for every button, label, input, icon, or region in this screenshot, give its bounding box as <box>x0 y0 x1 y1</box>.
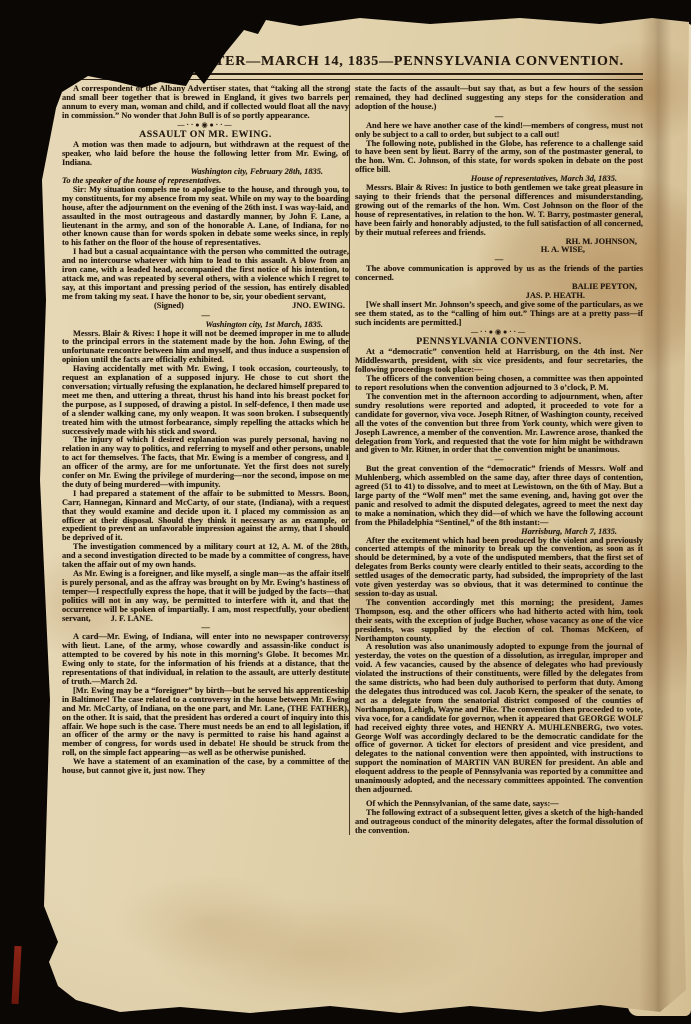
body-paragraph: The above communication is approved by u… <box>355 265 643 283</box>
body-paragraph: The following note, published in the Glo… <box>355 140 643 176</box>
divider-rule: — <box>62 624 349 632</box>
body-paragraph: The following extract of a subsequent le… <box>355 809 643 836</box>
body-paragraph: Sir: My situation compels me to apologis… <box>62 186 349 248</box>
body-paragraph: The investigation commenced by a militar… <box>62 543 349 570</box>
binding-edge <box>11 946 21 1004</box>
body-paragraph: As Mr. Ewing is a foreigner, and like my… <box>62 570 349 623</box>
body-paragraph: We have a statement of an examination of… <box>62 758 349 776</box>
signature-row: (Signed)JNO. EWING. <box>62 302 349 311</box>
body-paragraph: The injury of which I desired explanatio… <box>62 436 349 489</box>
body-paragraph: The convention accordingly met this morn… <box>355 599 643 644</box>
section-heading: PENNSYLVANIA CONVENTIONS. <box>355 337 643 347</box>
signature: RH. M. JOHNSON, <box>355 238 643 247</box>
body-paragraph: A correspondent of the Albany Advertiser… <box>62 85 349 121</box>
body-paragraph: Having accidentally met with Mr. Ewing, … <box>62 365 349 436</box>
signature: J. F. LANE. <box>111 614 153 623</box>
body-paragraph: I had prepared a statement of the affair… <box>62 490 349 543</box>
body-paragraph: I had but a casual acquaintance with the… <box>62 248 349 301</box>
body-paragraph: A motion was then made to adjourn, but w… <box>62 141 349 168</box>
divider-ornament: —··●◉●··— <box>355 329 643 336</box>
photo-background: 20 NILES’ REGISTER—MARCH 14, 1835—PENNSY… <box>0 0 691 1024</box>
signature: BALIE PEYTON, <box>355 283 643 292</box>
section-heading: ASSAULT ON MR. EWING. <box>62 130 349 140</box>
body-paragraph: A resolution was also unanimously adopte… <box>355 643 643 794</box>
signed-label: (Signed) <box>154 302 184 311</box>
body-paragraph: But the great convention of the “democra… <box>355 465 643 527</box>
body-paragraph: state the facts of the assault—but say t… <box>355 85 643 112</box>
left-column: A correspondent of the Albany Advertiser… <box>62 85 349 835</box>
divider-rule: — <box>355 113 643 121</box>
divider-ornament: —··●◉●··— <box>62 122 349 129</box>
body-paragraph: The officers of the convention being cho… <box>355 375 643 393</box>
divider-rule: — <box>355 256 643 264</box>
header-rule <box>62 73 643 80</box>
body-paragraph: After the excitement which had been prod… <box>355 537 643 599</box>
signature: H. A. WISE, <box>355 246 643 255</box>
body-paragraph: Messrs. Blair & Rives: In justice to bot… <box>355 184 643 237</box>
divider-rule: — <box>355 456 643 464</box>
body-paragraph: And here we have another case of the kin… <box>355 122 643 140</box>
body-paragraph: [Mr. Ewing may be a “foreigner” by birth… <box>62 687 349 758</box>
newspaper-page: 20 NILES’ REGISTER—MARCH 14, 1835—PENNSY… <box>0 0 691 1024</box>
body-paragraph: [We shall insert Mr. Johnson’s speech, a… <box>355 301 643 328</box>
body-paragraph: Messrs. Blair & Rives: I hope it will no… <box>62 330 349 366</box>
page-title: NILES’ REGISTER—MARCH 14, 1835—PENNSYLVA… <box>113 54 624 70</box>
divider-rule: — <box>62 312 349 320</box>
page-number: 20 <box>81 54 97 70</box>
body-paragraph: At a “democratic” convention held at Har… <box>355 348 643 375</box>
text-columns: A correspondent of the Albany Advertiser… <box>62 85 643 835</box>
page-content: 20 NILES’ REGISTER—MARCH 14, 1835—PENNSY… <box>62 54 643 835</box>
right-column: state the facts of the assault—but say t… <box>349 85 643 835</box>
signature: JNO. EWING. <box>292 302 345 311</box>
masthead: 20 NILES’ REGISTER—MARCH 14, 1835—PENNSY… <box>62 54 643 70</box>
body-paragraph: The convention met in the afternoon acco… <box>355 393 643 455</box>
body-paragraph: A card—Mr. Ewing, of Indiana, will enter… <box>62 633 349 686</box>
